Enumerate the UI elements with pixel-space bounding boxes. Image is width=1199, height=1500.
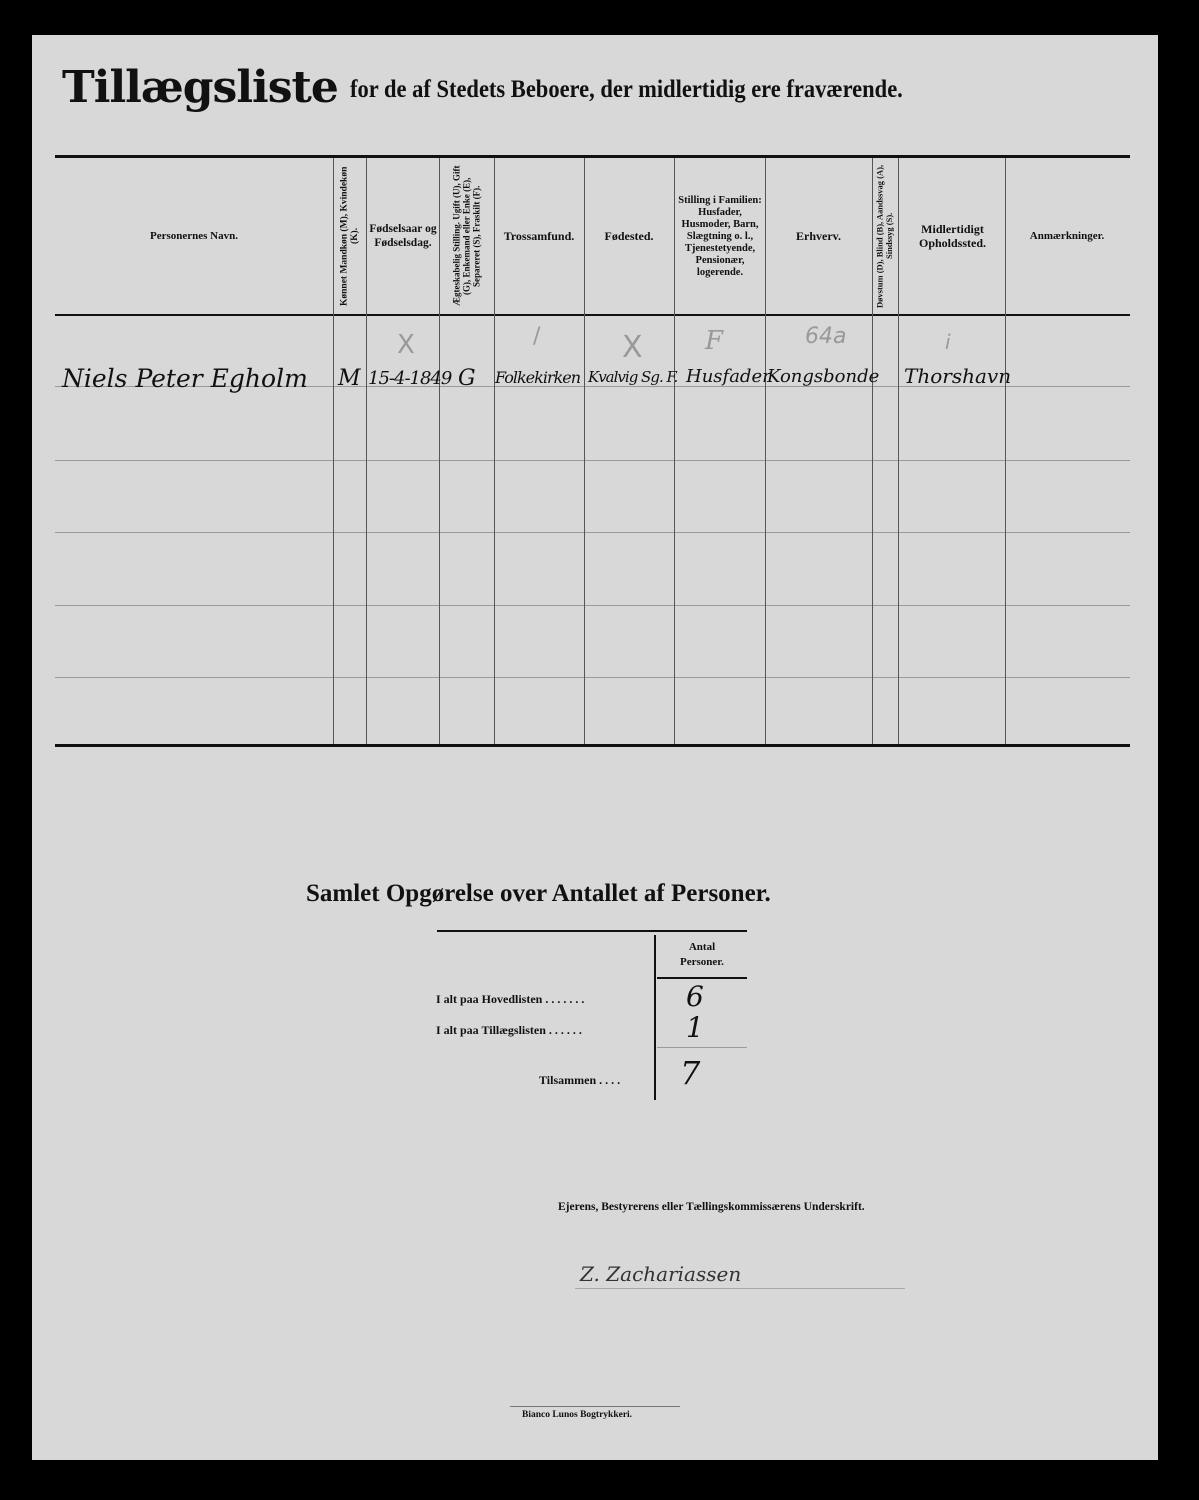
summary-value-main-list: 6 [686,980,704,1013]
column-divider [898,158,899,744]
printer-rule [510,1406,680,1407]
header-occupation: Erhverv. [767,158,870,314]
header-name: Personernes Navn. [55,158,333,314]
summary-value-total: 7 [680,1054,700,1092]
row-divider [55,677,1130,678]
signature-line [575,1288,905,1289]
form-title: Tillægsliste [62,62,338,113]
header-disability: Døvstum (D), Blind (B), Aandssvag (A), S… [873,160,897,312]
header-birthplace: Fødested. [586,158,672,314]
column-divider [439,158,440,744]
table-bottom-rule [55,744,1130,747]
row-divider [55,532,1130,533]
column-divider [1005,158,1006,744]
summary-title: Samlet Opgørelse over Antallet af Person… [306,880,771,908]
pencil-mark-religion: / [533,324,540,349]
pencil-mark-occupation: 64a [805,324,846,349]
cell-temp-residence: Thorshavn [904,364,1011,388]
summary-column-divider [654,935,656,1100]
header-birth: Fødselsaar og Fødselsdag. [369,158,437,314]
summary-label-supplement-list: I alt paa Tillægslisten . . . . . . [436,1023,582,1038]
form-subtitle-bold: fraværende. [786,76,902,103]
header-religion: Trossamfund. [496,158,582,314]
summary-column-header-line2: Personer. [658,955,746,970]
column-divider [584,158,585,744]
signature-value: Z. Zachariassen [580,1262,741,1286]
header-sex: Kønnet Mandkøn (M), Kvindekøn (K). [336,160,364,312]
header-bottom-rule [55,314,1130,316]
row-divider [55,605,1130,606]
header-remarks: Anmærkninger. [1007,158,1127,314]
printer-credit: Bianco Lunos Bogtrykkeri. [522,1410,632,1420]
summary-row-divider [657,1047,747,1048]
header-temp-residence: Midlertidigt Opholdssted. [910,158,995,314]
cell-birth: 15-4-1849 [368,368,451,389]
summary-header-rule [657,977,747,979]
column-divider [333,158,334,744]
summary-top-rule [437,930,747,932]
cell-name: Niels Peter Egholm [62,364,308,393]
summary-column-header: Antal Personer. [658,940,746,970]
column-divider [366,158,367,744]
cell-occupation: Kongsbonde [767,366,879,387]
cell-family-position: Husfader [686,366,771,387]
cell-marital: G [458,366,476,391]
header-marital: Ægteskabelig Stilling. Ugift (U), Gift (… [441,160,492,312]
column-divider [765,158,766,744]
cell-birthplace: Kvalvig Sg. F. [588,368,677,386]
form-subtitle: for de af Stedets Beboere, der midlertid… [350,76,903,104]
column-divider [674,158,675,744]
summary-label-total: Tilsammen . . . . [539,1073,620,1088]
header-family-position: Stilling i Familien: Husfader, Husmoder,… [677,178,763,296]
summary-label-main-list: I alt paa Hovedlisten . . . . . . . [436,992,584,1007]
cell-religion: Folkekirken [495,368,580,387]
column-divider [494,158,495,744]
pencil-mark-birth: X [397,330,415,360]
pencil-mark-birthplace: X [622,330,643,365]
row-divider [55,460,1130,461]
pencil-mark-temp-residence: i [945,330,951,354]
summary-column-header-line1: Antal [658,940,746,955]
cell-sex: M [338,366,361,391]
signature-label: Ejerens, Bestyrerens eller Tællingskommi… [558,1201,865,1213]
summary-value-supplement-list: 1 [686,1011,704,1044]
pencil-mark-family-position: F [705,326,723,356]
form-subtitle-prefix: for de af Stedets Beboere, der midlertid… [350,76,781,103]
